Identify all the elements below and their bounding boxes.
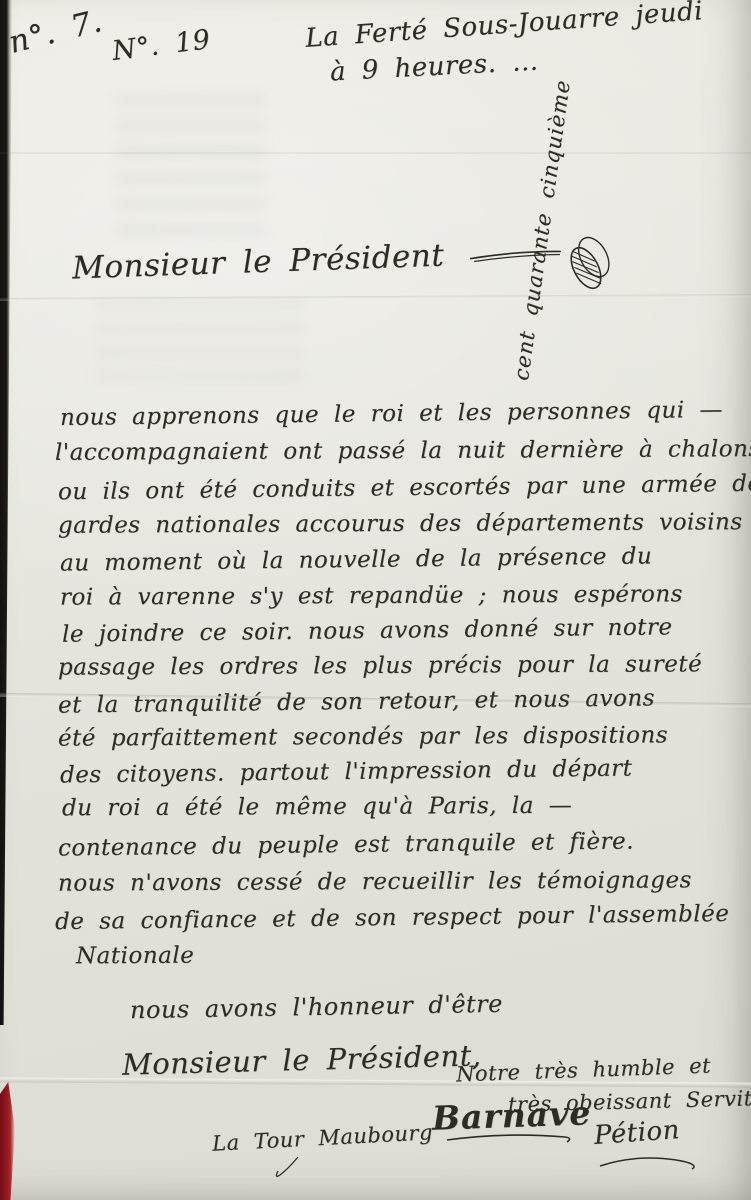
body-line: nous n'avons cessé de recueillir les tém… [58,869,692,895]
signature-flourish [445,1132,575,1146]
body-line: roi à varenne s'y est repandüe ; nous es… [60,583,683,609]
body-line: le joindre ce soir. nous avons donné sur… [62,616,673,646]
body-line: passage les ordres les plus précis pour … [58,653,702,679]
body-line: au moment où la nouvelle de la présence … [60,545,653,575]
body-line: l'accompagnaient ont passé la nuit derni… [55,438,751,465]
signature-petion-text: Pétion [593,1115,681,1151]
letter-page: n°. 7. N°. 19 La Ferté Sous-Jouarre jeud… [0,0,751,1200]
signature-petion: Pétion [593,1115,681,1151]
body-line: de sa confiance et de son respect pour l… [55,903,730,934]
body-line: été parfaittement secondés par les dispo… [58,724,668,750]
signature-flourish [596,1152,706,1172]
body-line: des citoyens. partout l'impression du dé… [60,758,633,788]
body-line: et la tranquilité de son retour, et nous… [58,687,655,717]
signature-flourish [258,1155,338,1181]
body-line: Nationale [76,945,194,969]
body-line: contenance du peuple est tranquile et fi… [58,830,634,860]
body-line: ou ils ont été conduits et escortés par … [58,473,751,505]
letter-body: nous apprenons que le roi et les personn… [0,0,751,1200]
body-line: gardes nationales accourus des départeme… [58,511,743,538]
body-line: nous apprenons que le roi et les personn… [60,399,723,430]
body-line: du roi a été le même qu'à Paris, la — [62,795,572,821]
